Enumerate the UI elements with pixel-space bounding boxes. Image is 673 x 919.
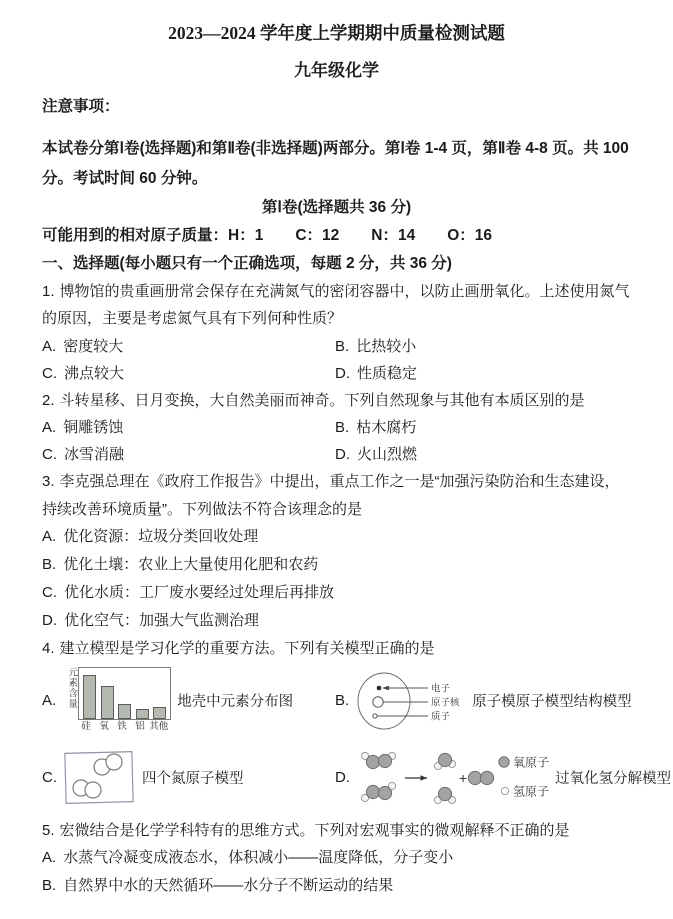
option-1d: D.性质稳定 [335, 360, 417, 387]
option-4a: A. 元素含量 硅 氧 铁 铝 其他 [42, 667, 335, 734]
option-2b-label: B. [335, 419, 349, 436]
option-3d: D.优化空气：加强大气监测治理 [42, 607, 631, 635]
atomic-mass-h: H：1 [228, 227, 263, 244]
part-1-heading: 一、选择题(每小题只有一个正确选项，每题 2 分，共 36 分) [42, 250, 631, 278]
option-3d-text: 优化空气：加强大气监测治理 [64, 612, 259, 629]
option-2b-text: 枯木腐朽 [356, 419, 416, 436]
peroxide-decomposition-diagram: + 氧原子 氢原子 [357, 749, 549, 807]
question-2-number: 2. [42, 392, 55, 409]
atomic-mass-label: 可能用到的相对原子质量： [42, 227, 228, 244]
nitrogen-atoms-diagram [64, 750, 136, 806]
section-1-heading: 第Ⅰ卷(选择题共 36 分) [42, 194, 631, 222]
option-5a-label: A. [42, 849, 56, 866]
option-3d-label: D. [42, 612, 57, 629]
question-3-number: 3. [42, 473, 55, 490]
option-4b-label: B. [335, 692, 349, 709]
legend-oxygen-dot [499, 756, 509, 766]
legend-oxygen-label: 氧原子 [513, 755, 549, 769]
option-4c-caption: 四个氮原子模型 [142, 767, 244, 788]
chart-bar-si [83, 675, 96, 719]
notice-label: 注意事项： [42, 96, 631, 118]
option-2b: B.枯木腐朽 [335, 414, 416, 441]
option-5a-text: 水蒸气冷凝变成液态水，体积减小——温度降低，分子变小 [63, 849, 453, 866]
oxygen-atom [438, 753, 451, 766]
chart-y-axis-label: 元素含量 [65, 667, 77, 720]
question-3-body: 李克强总理在《政府工作报告》中提出，重点工作之一是“加强污染防治和生态建设，持续… [42, 473, 620, 518]
option-5b: B.自然界中水的天然循环——水分子不断运动的结果 [42, 872, 631, 900]
option-1c: C.沸点较大 [42, 360, 335, 387]
option-4b-caption: 原子模原子模型结构模型 [472, 690, 632, 711]
notice-line-1: 本试卷分第Ⅰ卷(选择题)和第Ⅱ卷(非选择题)两部分。第Ⅰ卷 1-4 页，第Ⅱ卷 … [42, 134, 631, 164]
question-4-body: 建立模型是学习化学的重要方法。下列有关模型正确的是 [60, 640, 435, 657]
option-1d-text: 性质稳定 [357, 365, 417, 382]
option-3c-label: C. [42, 584, 57, 601]
chart-bar-fe [118, 704, 131, 719]
option-5b-label: B. [42, 877, 56, 894]
option-5a: A.水蒸气冷凝变成液态水，体积减小——温度降低，分子变小 [42, 844, 631, 872]
chart-xlabel-other: 其他 [149, 720, 168, 734]
oxygen-atom [468, 771, 481, 784]
option-3c-text: 优化水质：工厂废水要经过处理后再排放 [64, 584, 334, 601]
nitrogen-atom-2 [106, 754, 122, 770]
option-3b-text: 优化土壤：农业上大量使用化肥和农药 [63, 556, 318, 573]
question-1-body: 博物馆的贵重画册常会保存在充满氮气的密闭容器中，以防止画册氧化。上述使用氮气的原… [42, 283, 630, 328]
question-1-options-cd: C.沸点较大 D.性质稳定 [42, 360, 631, 387]
atom-shell-circle [358, 673, 410, 729]
option-4b: B. 电子 原子核 质子 原子模原子模型结构模型 [335, 669, 632, 733]
option-1a-label: A. [42, 338, 56, 355]
option-3c: C.优化水质：工厂废水要经过处理后再排放 [42, 579, 631, 607]
question-2-body: 斗转星移、日月变换，大自然美丽而神奇。下列自然现象与其他有本质区别的是 [60, 392, 585, 409]
option-3b: B.优化土壤：农业上大量使用化肥和农药 [42, 551, 631, 579]
question-2-text: 2.斗转星移、日月变换，大自然美丽而神奇。下列自然现象与其他有本质区别的是 [42, 387, 631, 415]
chart-bar-o [101, 686, 114, 719]
oxygen-atom [480, 771, 493, 784]
option-2a: A.铜雕锈蚀 [42, 414, 335, 441]
option-2d-text: 火山烈燃 [357, 446, 417, 463]
electron-dot [377, 685, 382, 690]
option-4a-label: A. [42, 692, 56, 709]
option-4a-caption: 地壳中元素分布图 [177, 690, 293, 711]
page-title: 2023—2024 学年度上学期期中质量检测试题 [42, 20, 631, 46]
option-1c-text: 沸点较大 [64, 365, 124, 382]
option-2a-label: A. [42, 419, 56, 436]
question-5-number: 5. [42, 822, 55, 839]
question-4-number: 4. [42, 640, 55, 657]
page-subtitle: 九年级化学 [42, 58, 631, 84]
chart-xlabel-o: 氧 [95, 720, 113, 734]
reaction-arrow-head [421, 775, 428, 780]
question-3-text: 3.李克强总理在《政府工作报告》中提出，重点工作之一是“加强污染防治和生态建设，… [42, 468, 631, 523]
option-3a: A.优化资源：垃圾分类回收处理 [42, 523, 631, 551]
notice-line-2: 分。考试时间 60 分钟。 [42, 164, 631, 194]
chart-xlabel-al: 铝 [131, 720, 149, 734]
proton-circle [373, 713, 377, 717]
crust-elements-bar-chart: 元素含量 硅 氧 铁 铝 其他 [65, 667, 171, 734]
nucleus-label: 原子核 [431, 696, 460, 708]
legend-hydrogen-label: 氢原子 [513, 784, 549, 798]
chart-x-axis-labels: 硅 氧 铁 铝 其他 [76, 720, 169, 734]
option-1a-text: 密度较大 [63, 338, 123, 355]
option-3a-text: 优化资源：垃圾分类回收处理 [63, 528, 258, 545]
option-5b-text: 自然界中水的天然循环——水分子不断运动的结果 [63, 877, 393, 894]
nucleus-circle [373, 696, 383, 706]
question-4-options-ab: A. 元素含量 硅 氧 铁 铝 其他 [42, 663, 631, 739]
atomic-mass-o: O：16 [447, 227, 492, 244]
question-1-text: 1.博物馆的贵重画册常会保存在充满氮气的密闭容器中，以防止画册氧化。上述使用氮气… [42, 278, 631, 333]
nitrogen-atom-4 [85, 782, 101, 798]
oxygen-atom [378, 754, 391, 767]
proton-label: 质子 [431, 710, 451, 722]
oxygen-atom [438, 787, 451, 800]
question-5-text: 5.宏微结合是化学学科特有的思维方式。下列对宏观事实的微观解释不正确的是 [42, 817, 631, 845]
chart-bar-other [153, 707, 166, 719]
option-4d: D. + [335, 749, 671, 807]
atomic-mass-c: C：12 [295, 227, 339, 244]
option-3b-label: B. [42, 556, 56, 573]
option-4c: C. 四个氮原子模型 [42, 750, 335, 806]
legend-hydrogen-dot [501, 787, 508, 794]
chart-xlabel-si: 硅 [77, 720, 95, 734]
option-2c-text: 冰雪消融 [64, 446, 124, 463]
electron-label: 电子 [431, 682, 451, 694]
oxygen-atom [366, 755, 379, 768]
chart-xlabel-fe: 铁 [113, 720, 131, 734]
atom-model-diagram: 电子 原子核 质子 [356, 669, 466, 733]
option-1b-label: B. [335, 338, 349, 355]
atomic-mass-n: N：14 [371, 227, 415, 244]
question-4-options-cd: C. 四个氮原子模型 D. [42, 739, 631, 817]
option-4c-label: C. [42, 769, 57, 786]
question-2-options-ab: A.铜雕锈蚀 B.枯木腐朽 [42, 414, 631, 441]
oxygen-atom [378, 786, 391, 799]
chart-bar-al [136, 709, 149, 719]
option-1a: A.密度较大 [42, 333, 335, 360]
oxygen-atom [366, 785, 379, 798]
exam-paper-page: 2023—2024 学年度上学期期中质量检测试题 九年级化学 注意事项： 本试卷… [0, 0, 673, 900]
atomic-mass-line: 可能用到的相对原子质量：H：1C：12N：14O：16 [42, 222, 631, 250]
question-1-number: 1. [42, 283, 55, 300]
option-3a-label: A. [42, 528, 56, 545]
question-1-options-ab: A.密度较大 B.比热较小 [42, 333, 631, 360]
option-1b-text: 比热较小 [356, 338, 416, 355]
question-5-body: 宏微结合是化学学科特有的思维方式。下列对宏观事实的微观解释不正确的是 [60, 822, 570, 839]
option-1c-label: C. [42, 365, 57, 382]
chart-plot-area [78, 667, 171, 720]
option-4d-caption: 过氧化氢分解模型 [555, 767, 671, 788]
option-2d-label: D. [335, 446, 350, 463]
option-2a-text: 铜雕锈蚀 [63, 419, 123, 436]
option-2c: C.冰雪消融 [42, 441, 335, 468]
plus-sign: + [459, 770, 467, 786]
question-2-options-cd: C.冰雪消融 D.火山烈燃 [42, 441, 631, 468]
option-4d-label: D. [335, 769, 350, 786]
option-1d-label: D. [335, 365, 350, 382]
option-1b: B.比热较小 [335, 333, 416, 360]
question-4-text: 4.建立模型是学习化学的重要方法。下列有关模型正确的是 [42, 635, 631, 663]
option-2c-label: C. [42, 446, 57, 463]
option-2d: D.火山烈燃 [335, 441, 417, 468]
